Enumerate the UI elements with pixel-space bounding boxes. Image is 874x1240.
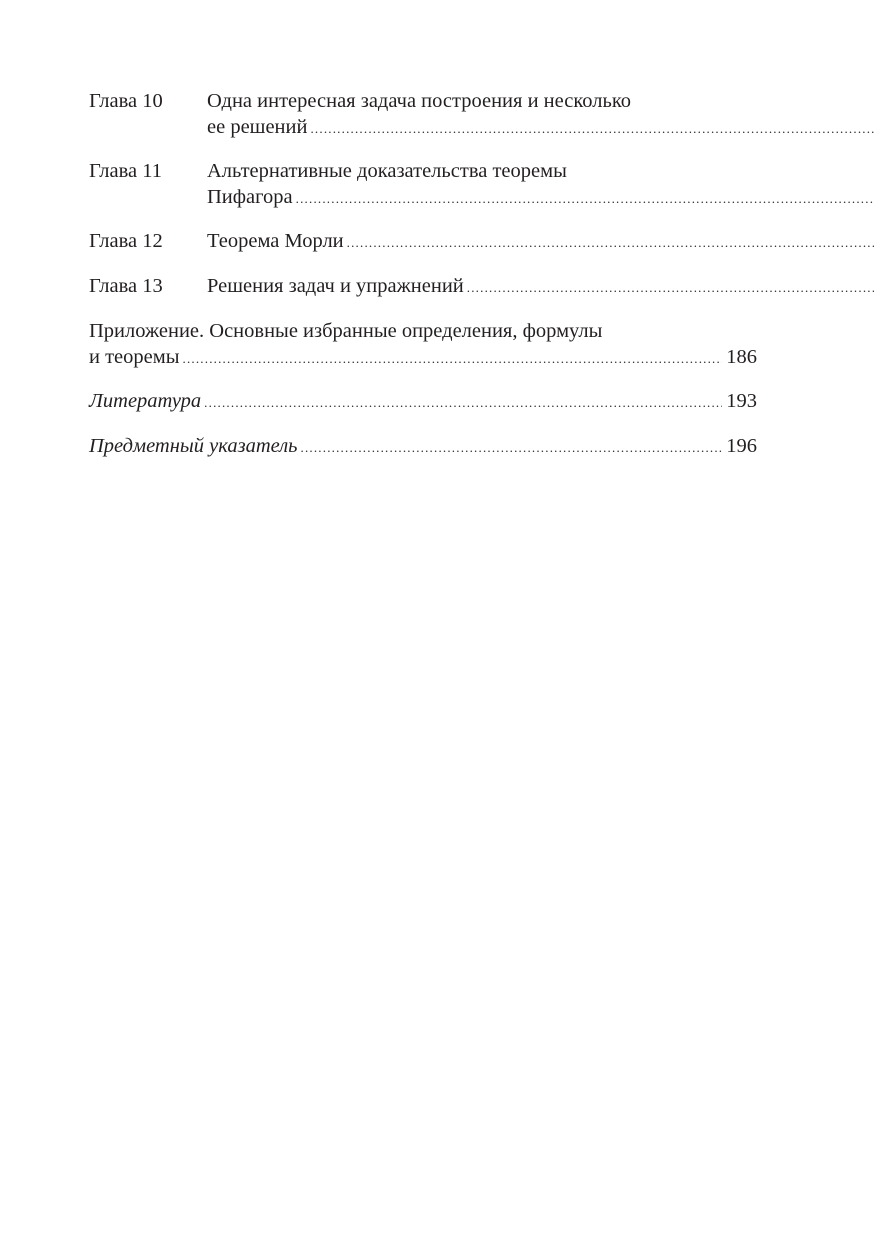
toc-entry-chapter-13[interactable]: Глава 13 Решения задач и упражнений 170 — [89, 273, 757, 301]
page-number: 193 — [726, 388, 757, 414]
chapter-label: Глава 10 — [89, 88, 207, 142]
chapter-title-line: Пифагора — [207, 184, 293, 210]
dot-leader — [467, 275, 874, 301]
toc-entry-literature[interactable]: Литература 193 — [89, 388, 757, 416]
chapter-title-line: Одна интересная задача построения и неск… — [207, 88, 874, 114]
dot-leader — [204, 390, 722, 416]
table-of-contents: Глава 10 Одна интересная задача построен… — [89, 88, 757, 461]
dot-leader — [183, 346, 723, 372]
index-title: Предметный указатель — [89, 433, 298, 459]
chapter-label: Глава 12 — [89, 228, 207, 256]
chapter-title-line: Альтернативные доказательства теоремы — [207, 158, 874, 184]
chapter-title-line: ее решений — [207, 114, 307, 140]
chapter-label: Глава 13 — [89, 273, 207, 301]
chapter-label: Глава 11 — [89, 158, 207, 212]
toc-entry-chapter-10[interactable]: Глава 10 Одна интересная задача построен… — [89, 88, 757, 142]
toc-entry-index[interactable]: Предметный указатель 196 — [89, 433, 757, 461]
toc-entry-chapter-11[interactable]: Глава 11 Альтернативные доказательства т… — [89, 158, 757, 212]
chapter-title-line: Теорема Морли — [207, 228, 344, 254]
page-number: 196 — [726, 433, 757, 459]
toc-entry-chapter-12[interactable]: Глава 12 Теорема Морли 163 — [89, 228, 757, 256]
page-number: 186 — [726, 344, 757, 370]
toc-entry-appendix[interactable]: Приложение. Основные избранные определен… — [89, 318, 757, 372]
chapter-title-line: Решения задач и упражнений — [207, 273, 464, 299]
dot-leader — [296, 186, 874, 212]
dot-leader — [310, 116, 874, 142]
appendix-title-line: Приложение. Основные избранные определен… — [89, 318, 757, 344]
dot-leader — [301, 435, 723, 461]
dot-leader — [347, 230, 874, 256]
literature-title: Литература — [89, 388, 201, 414]
appendix-title-line: и теоремы — [89, 344, 180, 370]
